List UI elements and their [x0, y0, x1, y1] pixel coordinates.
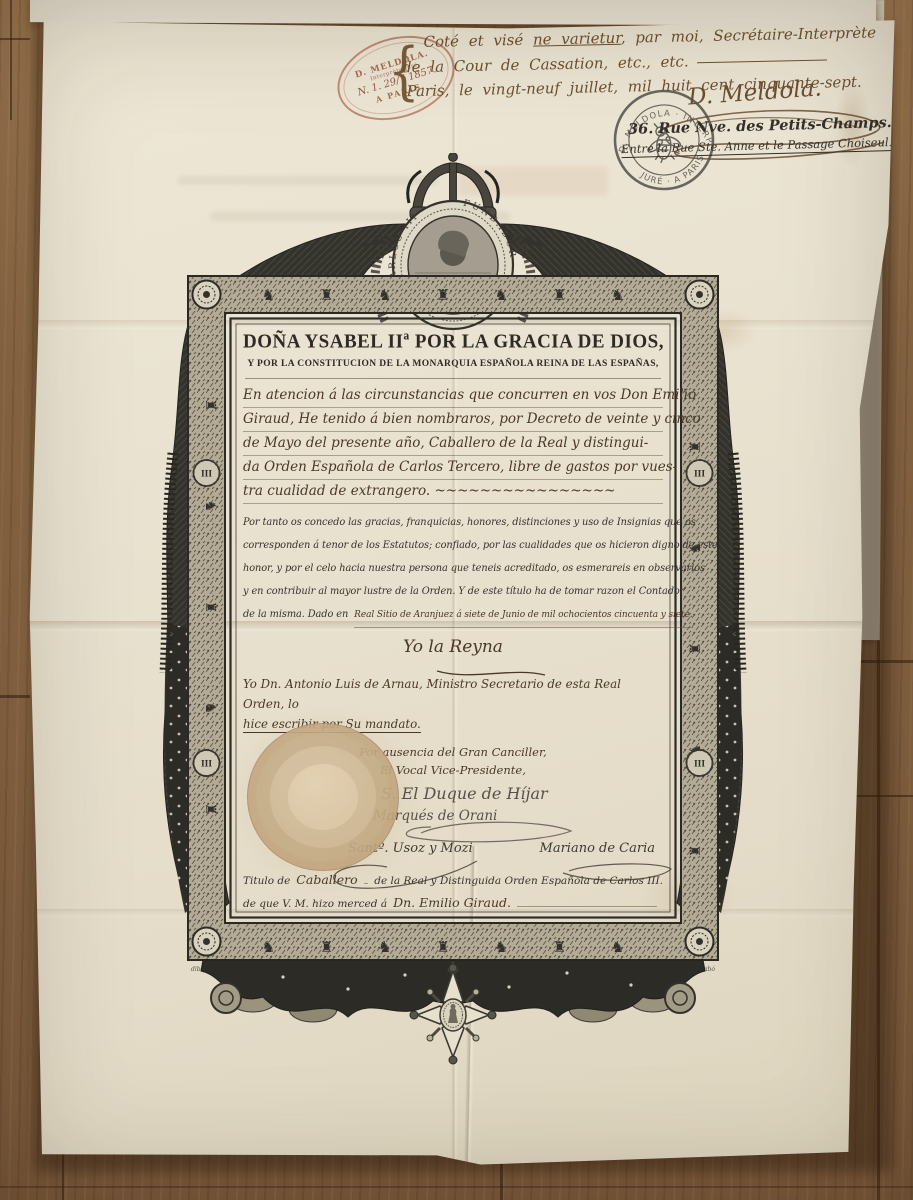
certification-text: de la Cour de Cassation, etc., etc. [402, 52, 689, 76]
registry-rule [364, 883, 369, 884]
grant-paragraph: En atencion á las circunstancias que con… [243, 384, 663, 504]
monogram-III: III [201, 760, 212, 770]
registry-rule [517, 906, 657, 907]
ink-rule [697, 59, 827, 63]
registry-handwritten: Dn. Emilio Giraud. [393, 892, 511, 914]
dado-en-text: de la misma. Dado en [243, 603, 348, 626]
decree-line: honor, y por el celo hacia nuestra perso… [243, 557, 663, 580]
certification-text: Coté et visé [423, 31, 533, 51]
decree-line: y en contribuir al mayor lustre de la Or… [243, 580, 663, 603]
grant-line: de Mayo del presente año, Caballero de l… [243, 432, 663, 456]
certificate-title: DOÑA YSABEL IIª POR LA GRACIA DE DIOS, [243, 330, 663, 353]
floor-plank-gap [0, 38, 30, 40]
decree-paragraph: Por tanto os concedo las gracias, franqu… [243, 511, 663, 628]
registry-printed-right: de la Real y Distinguida Orden Española … [374, 870, 663, 892]
decree-line: corresponden á tenor de los Estatutos; c… [243, 534, 663, 557]
dry-seal [247, 723, 399, 871]
certification-text: , par moi, Secrétaire-Interprète [621, 23, 877, 46]
duke-signature-line-1: S. El Duque de Híjar [381, 782, 663, 805]
grant-line: tra cualidad de extrangero. ~~~~~~~~~~~~… [243, 480, 663, 504]
certificate-text-area: DOÑA YSABEL IIª POR LA GRACIA DE DIOS, Y… [231, 319, 675, 917]
ne-varietur-text: ne varietur [533, 29, 621, 49]
photo-of-certificate: D. MELDOLA. Interprète Juré N. 1. 29/7 1… [0, 0, 913, 1200]
grant-line: da Orden Española de Carlos Tercero, lib… [243, 456, 663, 480]
minister-line-1: Yo Dn. Antonio Luis de Arnau, Ministro S… [243, 674, 663, 714]
top-sheet-edge [30, 0, 876, 26]
band-motifs-bottom: ♞ ♜ ♞ ♜ ♞ ♜ ♞ [262, 938, 645, 956]
grant-line: Giraud, He tenido á bien nombraros, por … [243, 408, 663, 432]
floor-plank-gap [0, 1186, 913, 1188]
duke-signature: S. El Duque de Híjar Marqués de Orani [381, 782, 663, 828]
drape-curl-left [211, 983, 241, 1013]
registry-row-2: de que V. M. hizo merced á Dn. Emilio Gi… [243, 892, 663, 915]
decree-closing-line: de la misma. Dado en Real Sitio de Aranj… [243, 603, 663, 628]
countersignature-right: Mariano de Caria [540, 841, 655, 856]
registry-printed: Titulo de [243, 870, 290, 892]
certificate-document: D. MELDOLA. Interprète Juré N. 1. 29/7 1… [28, 18, 898, 1168]
royal-signature: Yo la Reyna [243, 637, 663, 657]
floor-plank-gap [0, 695, 30, 698]
duke-signature-line-2: Marqués de Orani [373, 805, 663, 828]
registry-handwritten: Caballero [296, 869, 357, 891]
monogram-III: III [694, 760, 705, 770]
registry-printed: de que V. M. hizo merced á [243, 893, 387, 915]
monogram-III: III [694, 470, 705, 480]
grant-line: En atencion á las circunstancias que con… [243, 384, 663, 408]
certification-line-2: de la Cour de Cassation, etc., etc. [402, 48, 894, 76]
monogram-III: III [201, 470, 212, 480]
title-rule [245, 378, 661, 379]
registry-lines: Titulo de Caballero de la Real y Disting… [243, 869, 663, 915]
band-motifs-top: ♞ ♜ ♞ ♜ ♞ ♜ ♞ [262, 286, 645, 304]
certificate-subtitle: Y POR LA CONSTITUCION DE LA MONARQUIA ES… [243, 359, 663, 369]
drape-curl-right [665, 983, 695, 1013]
date-place-handwritten: Real Sitio de Aranjuez á siete de Junio … [354, 604, 692, 628]
floor-plank-gap [10, 0, 12, 120]
registry-row-1: Titulo de Caballero de la Real y Disting… [243, 869, 663, 892]
decree-line: Por tanto os concedo las gracias, franqu… [243, 511, 663, 534]
